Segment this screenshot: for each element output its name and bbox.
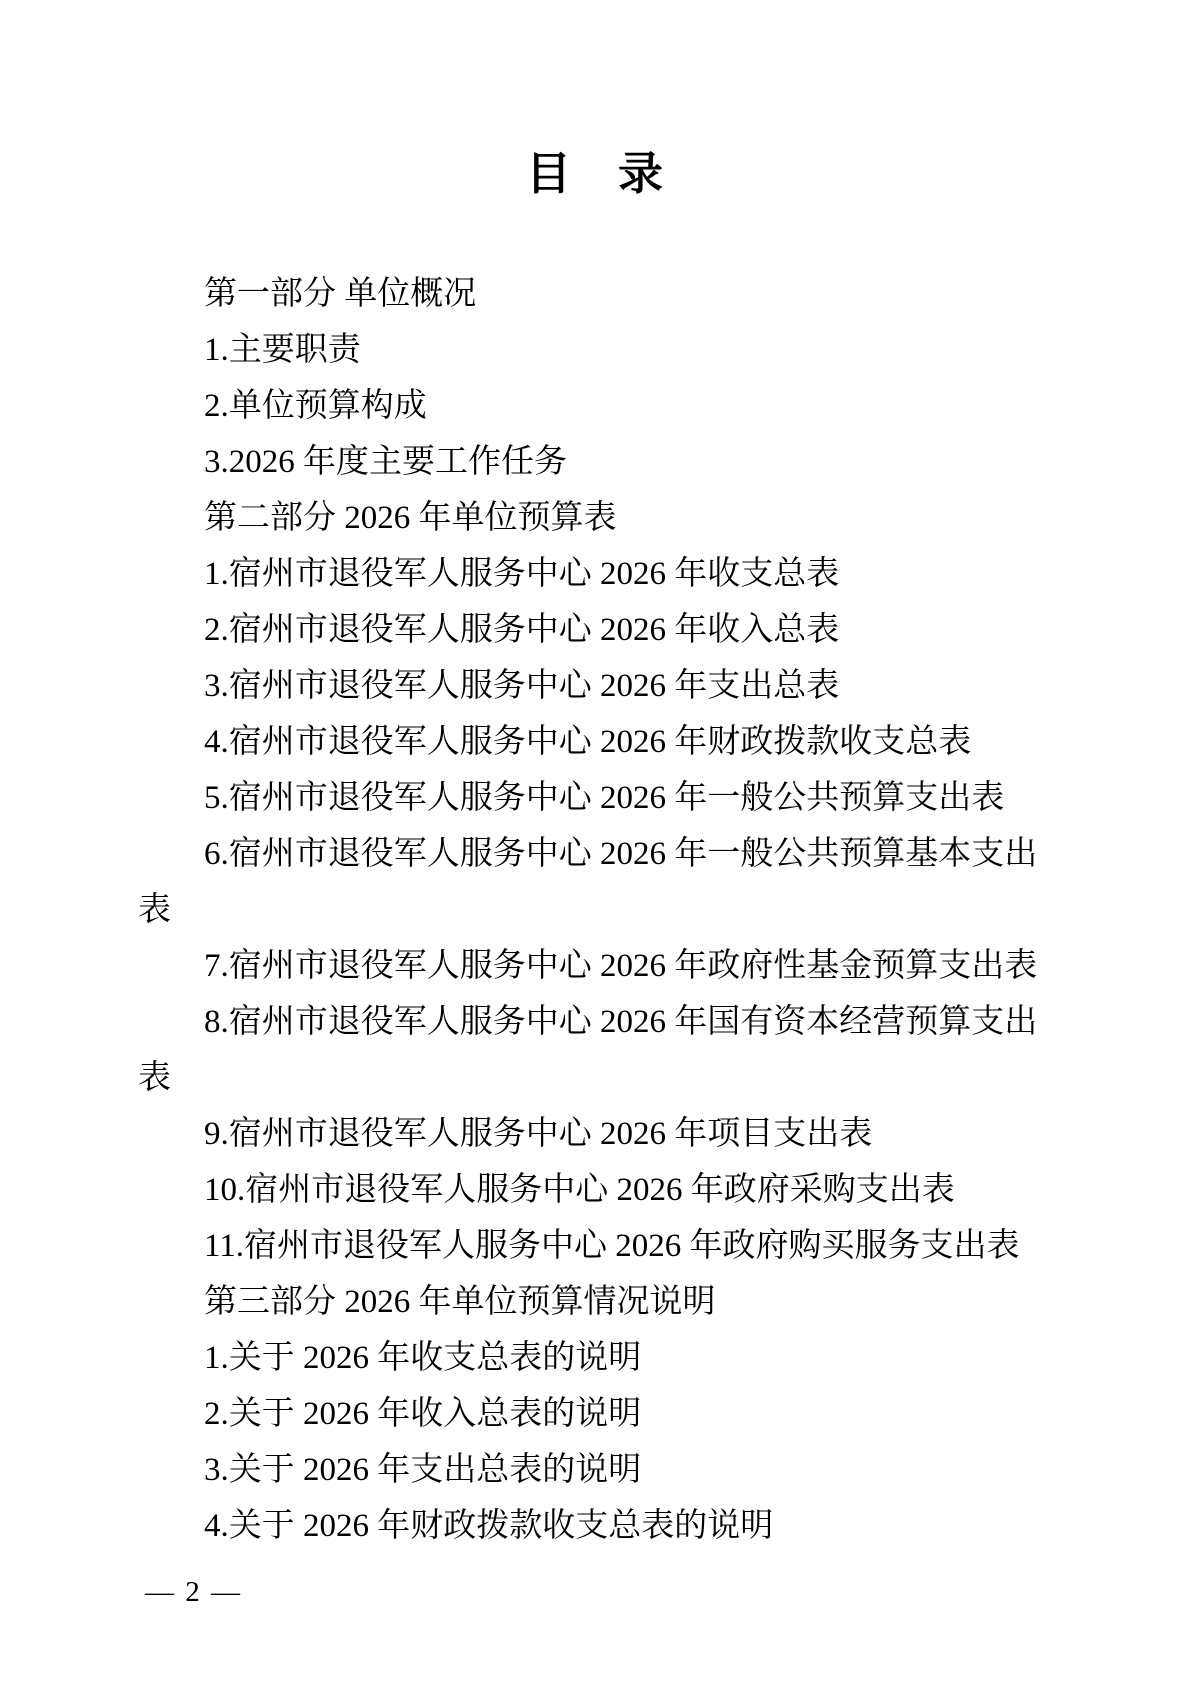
toc-line-wrap: 表: [138, 1050, 1058, 1106]
toc-line: 10.宿州市退役军人服务中心 2026 年政府采购支出表: [138, 1162, 1058, 1218]
toc-line-part3-heading: 第三部分 2026 年单位预算情况说明: [138, 1274, 1058, 1330]
toc-line: 2.宿州市退役军人服务中心 2026 年收入总表: [138, 602, 1058, 658]
document-page: 目 录 第一部分 单位概况 1.主要职责 2.单位预算构成 3.2026 年度主…: [0, 0, 1190, 1683]
toc-line: 11.宿州市退役军人服务中心 2026 年政府购买服务支出表: [138, 1218, 1058, 1274]
page-number: — 2 —: [145, 1574, 242, 1610]
toc-line: 6.宿州市退役军人服务中心 2026 年一般公共预算基本支出: [138, 826, 1058, 882]
toc-line-part1-heading: 第一部分 单位概况: [138, 266, 1058, 322]
toc-line-wrap: 表: [138, 882, 1058, 938]
toc-line: 8.宿州市退役军人服务中心 2026 年国有资本经营预算支出: [138, 994, 1058, 1050]
toc-line: 2.关于 2026 年收入总表的说明: [138, 1386, 1058, 1442]
toc-line: 3.关于 2026 年支出总表的说明: [138, 1442, 1058, 1498]
toc-line: 7.宿州市退役军人服务中心 2026 年政府性基金预算支出表: [138, 938, 1058, 994]
toc-line: 2.单位预算构成: [138, 378, 1058, 434]
toc-line: 1.主要职责: [138, 322, 1058, 378]
toc-line: 3.2026 年度主要工作任务: [138, 434, 1058, 490]
table-of-contents: 第一部分 单位概况 1.主要职责 2.单位预算构成 3.2026 年度主要工作任…: [138, 266, 1058, 1554]
toc-line: 5.宿州市退役军人服务中心 2026 年一般公共预算支出表: [138, 770, 1058, 826]
toc-line: 4.关于 2026 年财政拨款收支总表的说明: [138, 1498, 1058, 1554]
toc-line: 1.宿州市退役军人服务中心 2026 年收支总表: [138, 546, 1058, 602]
toc-line: 4.宿州市退役军人服务中心 2026 年财政拨款收支总表: [138, 714, 1058, 770]
toc-line-part2-heading: 第二部分 2026 年单位预算表: [138, 490, 1058, 546]
toc-line: 9.宿州市退役军人服务中心 2026 年项目支出表: [138, 1106, 1058, 1162]
toc-line: 1.关于 2026 年收支总表的说明: [138, 1330, 1058, 1386]
page-title: 目 录: [0, 150, 1190, 198]
toc-line: 3.宿州市退役军人服务中心 2026 年支出总表: [138, 658, 1058, 714]
